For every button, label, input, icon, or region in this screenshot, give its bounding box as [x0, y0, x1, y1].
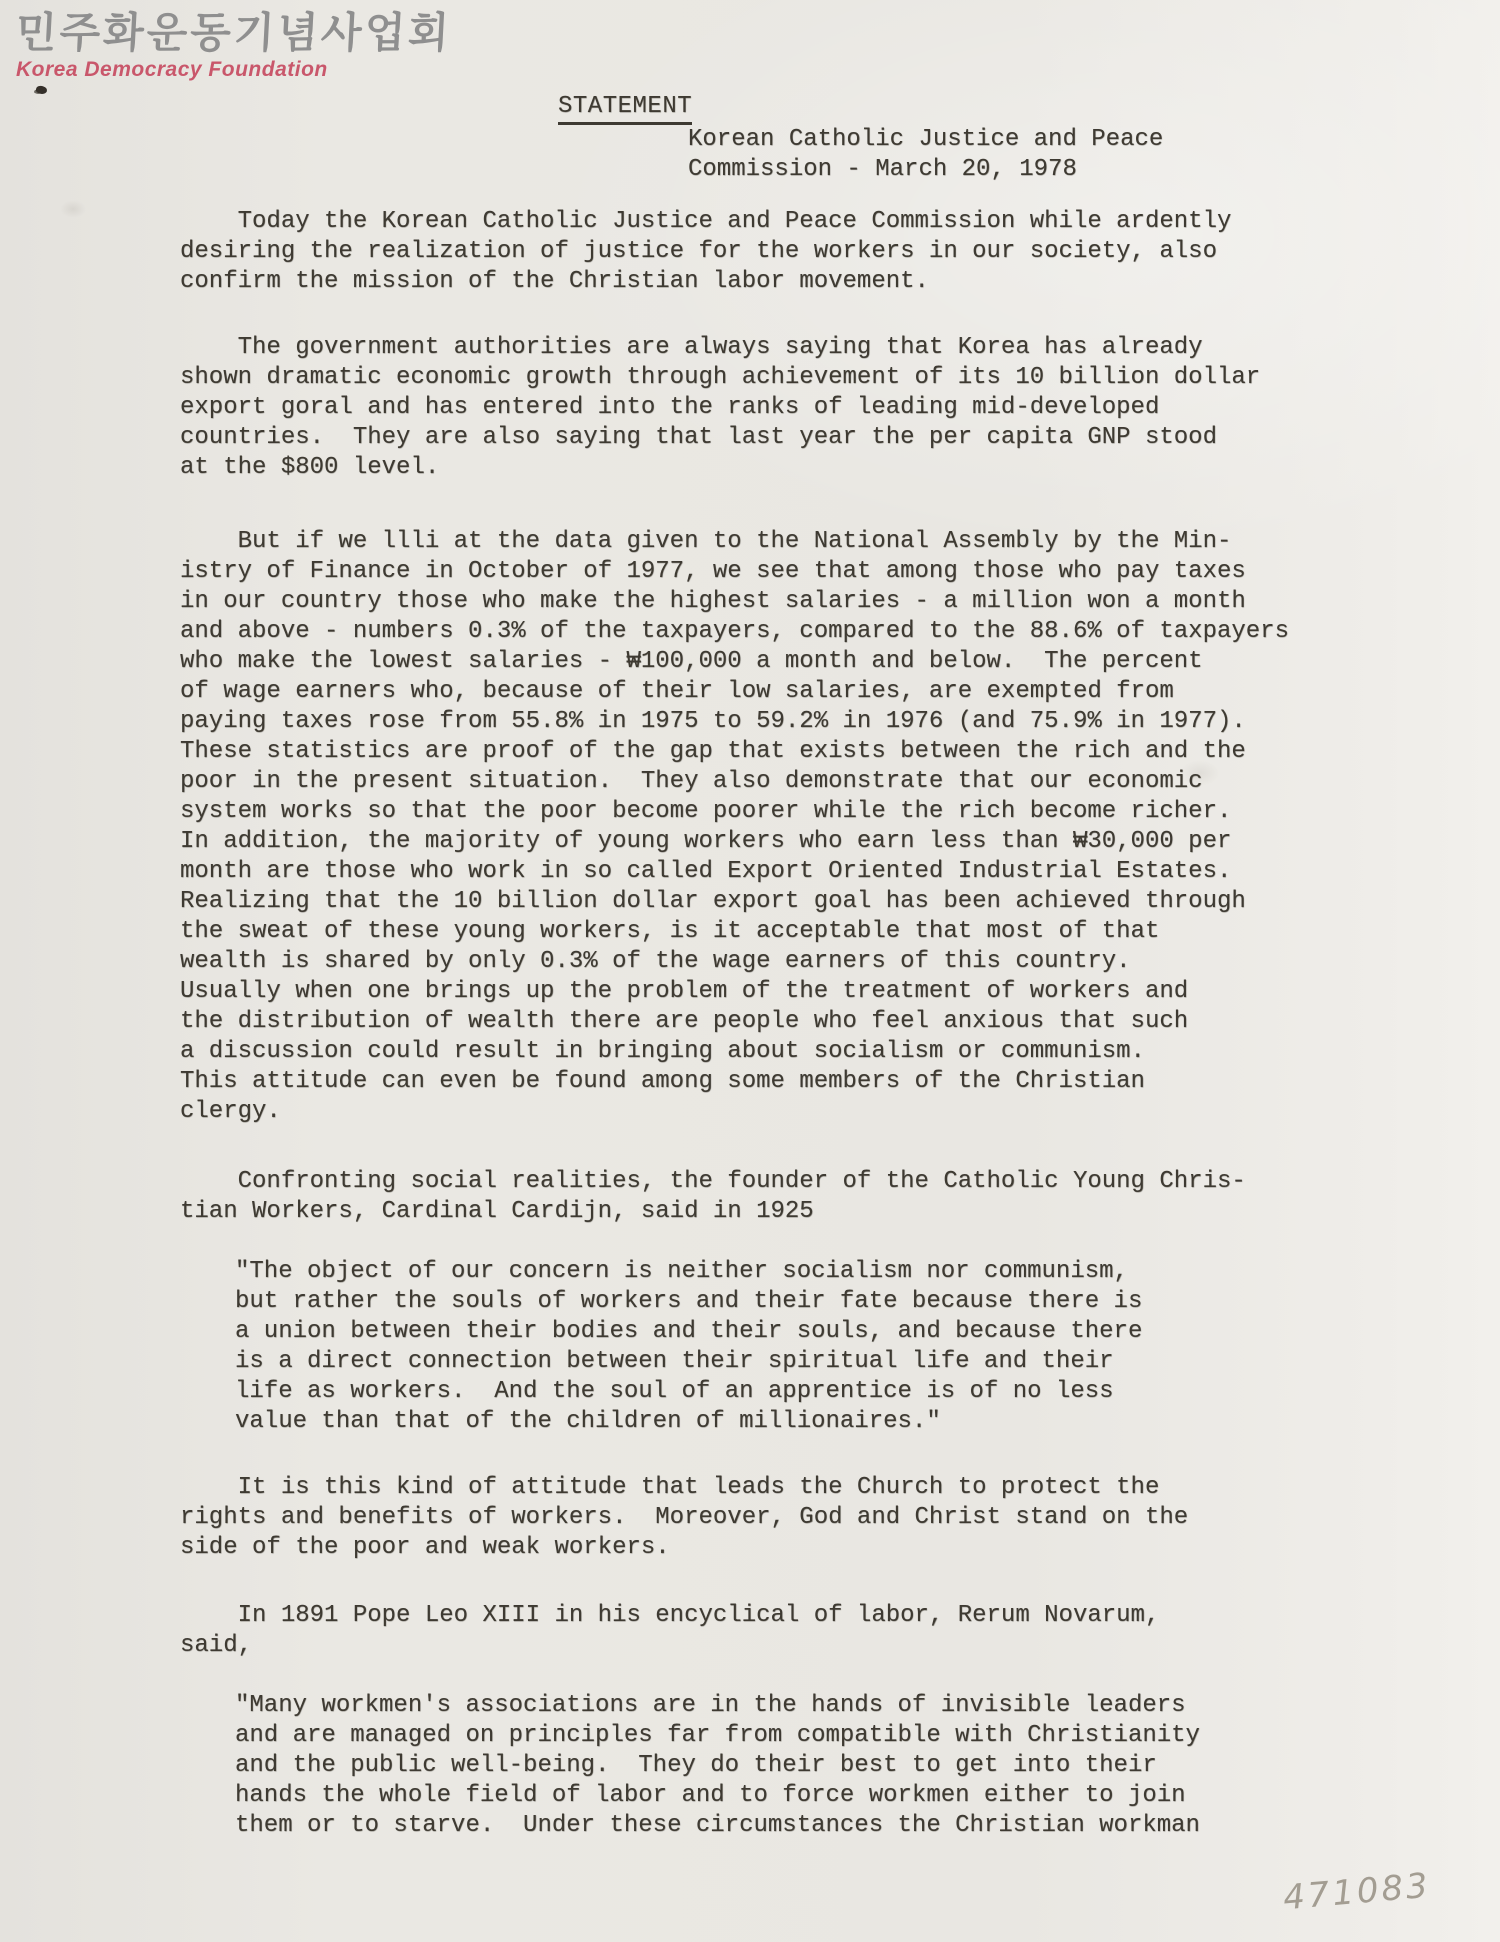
blockquote-cardijn: "The object of our concern is neither so…: [235, 1257, 1440, 1437]
document-title: STATEMENT: [558, 92, 692, 125]
blockquote-rerum-novarum: "Many workmen's associations are in the …: [235, 1691, 1440, 1841]
paragraph-intro: Today the Korean Catholic Justice and Pe…: [180, 207, 1440, 297]
paragraph-government-claims: The government authorities are always sa…: [180, 333, 1440, 483]
paragraph-tax-statistics: But if we llli at the data given to the …: [180, 527, 1440, 1127]
document-body: STATEMENT Korean Catholic Justice and Pe…: [180, 92, 1440, 1841]
attribution-block: Korean Catholic Justice and Peace Commis…: [688, 125, 1440, 185]
scanned-document-page: 민주화운동기념사업회 Korea Democracy Foundation ST…: [0, 0, 1500, 1942]
paper-smudge: [60, 200, 86, 218]
foundation-logo-english-text: Korea Democracy Foundation: [16, 58, 452, 82]
handwritten-archive-number: 471083: [1282, 1866, 1433, 1919]
foundation-logo-korean-text: 민주화운동기념사업회: [15, 10, 453, 56]
foundation-logo: 민주화운동기념사업회 Korea Democracy Foundation: [16, 10, 452, 82]
paragraph-church-attitude: It is this kind of attitude that leads t…: [180, 1473, 1440, 1563]
paragraph-cardijn-intro: Confronting social realities, the founde…: [180, 1167, 1440, 1227]
ink-blot-mark: [35, 84, 48, 95]
paragraph-leo-xiii-intro: In 1891 Pope Leo XIII in his encyclical …: [180, 1601, 1440, 1661]
